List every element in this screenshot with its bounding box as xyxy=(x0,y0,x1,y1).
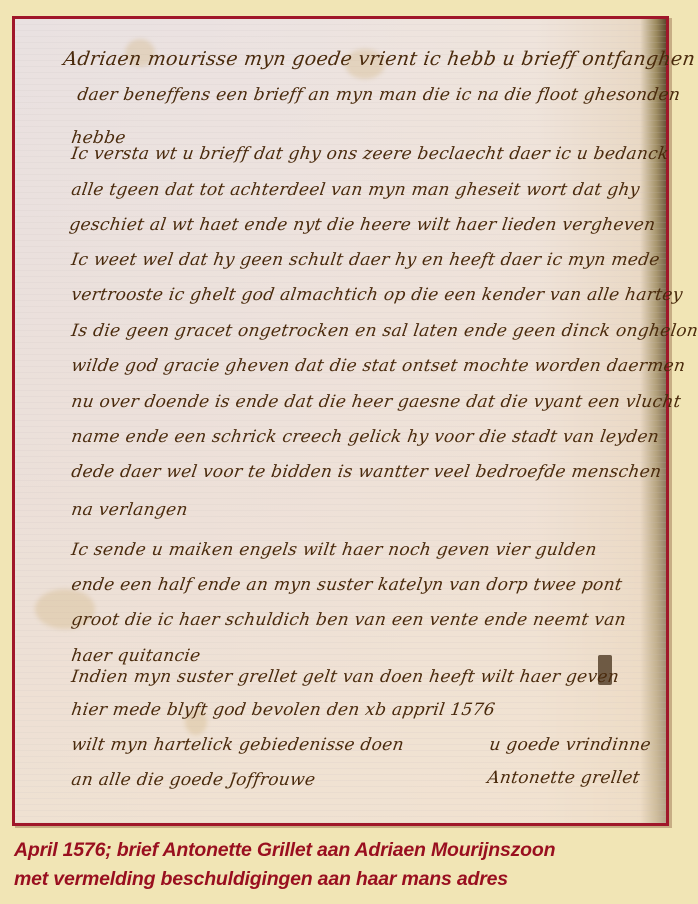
handwritten-line: Indien myn suster grellet gelt van doen … xyxy=(70,667,620,687)
handwritten-line: vertrooste ic ghelt god almachtich op di… xyxy=(70,285,684,305)
handwritten-line: Antonette grellet xyxy=(486,768,641,788)
handwritten-line: wilt myn hartelick gebiedenisse doen xyxy=(70,735,405,755)
handwritten-line: haer quitancie xyxy=(70,646,202,666)
caption-line-2: met vermelding beschuldigingen aan haar … xyxy=(14,865,694,894)
handwritten-line: u goede vrindinne xyxy=(488,735,652,755)
handwritten-line: an alle die goede Joffrouwe xyxy=(70,770,317,790)
handwritten-line: Ic weet wel dat hy geen schult daer hy e… xyxy=(70,250,661,270)
handwritten-line: Ic versta wt u brieff dat ghy ons zeere … xyxy=(70,144,670,164)
handwritten-line: Ic sende u maiken engels wilt haer noch … xyxy=(70,540,598,560)
handwritten-line: name ende een schrick creech gelick hy v… xyxy=(70,427,660,447)
handwritten-line: Is die geen gracet ongetrocken en sal la… xyxy=(70,321,698,341)
caption: April 1576; brief Antonette Grillet aan … xyxy=(14,836,694,894)
handwritten-line: dede daer wel voor te bidden is wantter … xyxy=(70,462,663,482)
handwritten-line: wilde god gracie gheven dat die stat ont… xyxy=(70,356,687,376)
handwritten-line: daer beneffens een brieff an myn man die… xyxy=(76,85,682,105)
handwritten-line: Adriaen mourisse myn goede vrient ic heb… xyxy=(62,48,698,70)
handwritten-line: ende een half ende an myn suster katelyn… xyxy=(70,575,623,595)
handwritten-line: hier mede blyft god bevolen den xb appri… xyxy=(70,700,496,720)
caption-line-1: April 1576; brief Antonette Grillet aan … xyxy=(14,836,694,865)
handwritten-text: Adriaen mourisse myn goede vrient ic heb… xyxy=(15,19,666,823)
handwritten-line: alle tgeen dat tot achterdeel van myn ma… xyxy=(70,180,641,200)
handwritten-line: nu over doende is ende dat die heer gaes… xyxy=(70,392,682,412)
handwritten-line: na verlangen xyxy=(70,500,189,520)
handwritten-line: groot die ic haer schuldich ben van een … xyxy=(70,610,627,630)
letter-frame: Adriaen mourisse myn goede vrient ic heb… xyxy=(12,16,669,826)
handwritten-line: geschiet al wt haet ende nyt die heere w… xyxy=(68,215,657,235)
